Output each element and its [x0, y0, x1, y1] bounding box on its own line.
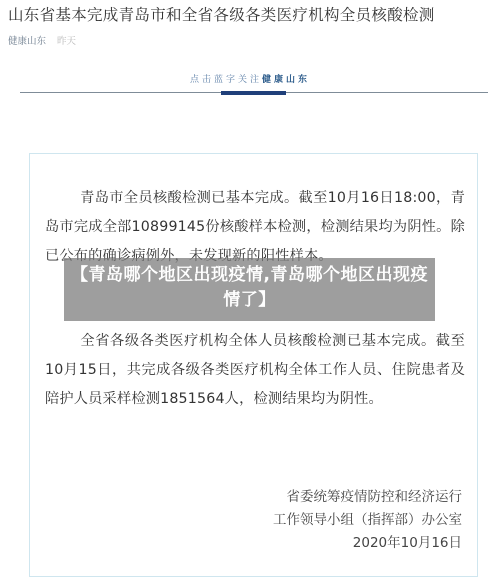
article-time: 昨天 — [57, 36, 76, 47]
divider-accent-bar — [221, 91, 286, 95]
follow-text: 点击蓝字关注健康山东 — [0, 72, 500, 85]
signature-line-1: 省委统筹疫情防控和经济运行 — [273, 486, 462, 509]
article-meta: 健康山东 昨天 — [8, 33, 76, 47]
article-page: 山东省基本完成青岛市和全省各级各类医疗机构全员核酸检测 健康山东 昨天 点击蓝字… — [0, 0, 500, 580]
signature-date: 2020年10月16日 — [273, 532, 462, 555]
notice-paragraph-2-text: 全省各级各类医疗机构全体人员核酸检测已基本完成。截至10月15日，共完成各级各类… — [45, 333, 465, 407]
article-title: 山东省基本完成青岛市和全省各级各类医疗机构全员核酸检测 — [8, 3, 435, 25]
article-source-link[interactable]: 健康山东 — [8, 36, 46, 47]
notice-image-box: 青岛市全员核酸检测已基本完成。截至10月16日18:00，青岛市完成全部1089… — [29, 153, 478, 577]
notice-signature: 省委统筹疫情防控和经济运行 工作领导小组（指挥部）办公室 2020年10月16日 — [273, 486, 462, 555]
overlay-caption-banner: 【青岛哪个地区出现疫情,青岛哪个地区出现疫情了】 — [64, 258, 435, 321]
signature-line-2: 工作领导小组（指挥部）办公室 — [273, 509, 462, 532]
notice-paragraph-1-text: 青岛市全员核酸检测已基本完成。截至10月16日18:00，青岛市完成全部1089… — [45, 190, 465, 264]
notice-paragraph-2: 全省各级各类医疗机构全体人员核酸检测已基本完成。截至10月15日，共完成各级各类… — [45, 327, 465, 414]
follow-banner[interactable]: 点击蓝字关注健康山东 — [0, 72, 500, 96]
follow-prefix: 点击蓝字关注 — [190, 75, 262, 85]
follow-account[interactable]: 健康山东 — [262, 75, 310, 85]
